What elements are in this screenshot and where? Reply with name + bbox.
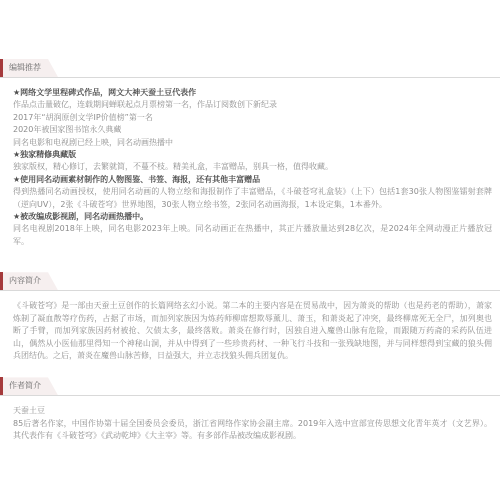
section-title: 作者简介 xyxy=(9,381,41,390)
editorial-headline: ★网络文学里程碑式作品，网文大神天蚕土豆代表作 xyxy=(13,87,492,99)
editorial-body: ★网络文学里程碑式作品，网文大神天蚕土豆代表作 作品点击量破亿，连载期间蝉联起点… xyxy=(0,78,500,248)
book-detail-page: 编辑推荐 ★网络文学里程碑式作品，网文大神天蚕土豆代表作 作品点击量破亿，连载期… xyxy=(0,0,500,500)
editorial-line: 作品点击量破亿，连载期间蝉联起点月票榜第一名，作品订阅数创下新纪录 xyxy=(13,99,492,111)
section-tab-synopsis: 内容简介 xyxy=(0,272,58,290)
editorial-line: 2017年“胡润原创文学IP价值榜”第一名 xyxy=(13,112,492,124)
section-header-editorial: 编辑推荐 xyxy=(0,59,500,78)
editorial-headline: ★使用同名动画素材制作的人物图鉴、书签、海报，还有其他丰富赠品 xyxy=(13,174,492,186)
section-header-author: 作者简介 xyxy=(0,377,500,396)
editorial-line: 同名电视剧2018年上映，同名电影2023年上映。同名动画正在热播中，其正片播放… xyxy=(13,223,492,248)
section-accent-bar xyxy=(0,59,3,77)
editorial-line: 得到热播同名动画授权，使用同名动画的人物立绘和海报制作了丰富赠品，《斗破苍穹礼盒… xyxy=(13,186,492,211)
section-header-synopsis: 内容简介 xyxy=(0,272,500,291)
author-body: 天蚕土豆 85后著名作家，中国作协第十届全国委员会委员，浙江省网络作家协会副主席… xyxy=(0,396,500,442)
section-accent-bar xyxy=(0,377,3,395)
editorial-headline: ★独家精修典藏版 xyxy=(13,149,492,161)
synopsis-paragraph: 《斗破苍穹》是一部由天蚕土豆创作的长篇网络玄幻小说。第二本的主要内容是在贸易战中… xyxy=(13,300,492,362)
section-editorial-recommendation: 编辑推荐 ★网络文学里程碑式作品，网文大神天蚕土豆代表作 作品点击量破亿，连载期… xyxy=(0,0,500,248)
section-content-synopsis: 内容简介 《斗破苍穹》是一部由天蚕土豆创作的长篇网络玄幻小说。第二本的主要内容是… xyxy=(0,248,500,362)
editorial-line: 2020年被国家图书馆永久典藏 xyxy=(13,124,492,136)
section-tab-author: 作者简介 xyxy=(0,377,58,395)
author-paragraph: 85后著名作家，中国作协第十届全国委员会委员，浙江省网络作家协会副主席。2019… xyxy=(13,418,492,443)
editorial-line: 独家版权，精心修订，去繁就简，不蔓不枝。精美礼盒，丰富赠品，别具一格，值得收藏。 xyxy=(13,161,492,173)
editorial-line: 同名电影和电视剧已经上映，同名动画热播中 xyxy=(13,137,492,149)
section-title: 内容简介 xyxy=(9,276,41,285)
synopsis-body: 《斗破苍穹》是一部由天蚕土豆创作的长篇网络玄幻小说。第二本的主要内容是在贸易战中… xyxy=(0,291,500,362)
section-title: 编辑推荐 xyxy=(9,63,41,72)
author-name: 天蚕土豆 xyxy=(13,405,492,417)
section-accent-bar xyxy=(0,272,3,290)
editorial-headline: ★被改编成影视剧，同名动画热播中。 xyxy=(13,211,492,223)
section-tab-editorial: 编辑推荐 xyxy=(0,59,58,77)
section-author-bio: 作者简介 天蚕土豆 85后著名作家，中国作协第十届全国委员会委员，浙江省网络作家… xyxy=(0,362,500,442)
